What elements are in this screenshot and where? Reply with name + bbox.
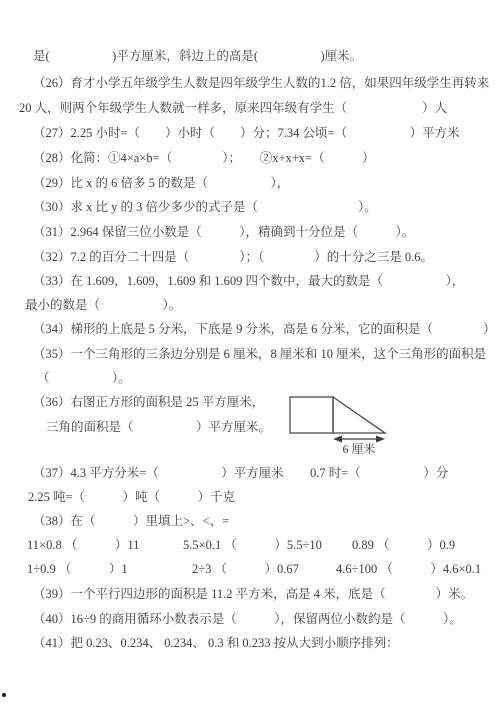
question-41: （41）把 0.23、0.234、 0.234、 0.3 和 0.233 按从大… bbox=[33, 636, 399, 651]
compare-row2-item1: 1÷0.9 （ ）1 bbox=[27, 562, 128, 577]
question-39: （39）一个平行四边形的面积是 11.2 平方米，高是 4 米，底是（ ）米。 bbox=[33, 587, 473, 602]
question-31: （31）2.964 保留三位小数是（ ），精确到十分位是（ ）。 bbox=[33, 225, 414, 240]
compare-row2-item2: 2÷3 （ ）0.67 bbox=[192, 562, 299, 577]
question-30: （30）求 x 比 y 的 3 倍少多少的式子是（ ）。 bbox=[33, 200, 377, 215]
triangle-shape bbox=[333, 397, 385, 433]
compare-row1-item3: 0.89 （ ）0.9 bbox=[352, 538, 455, 553]
prev-question-tail: 是( )平方厘米，斜边上的高是( )厘米。 bbox=[33, 49, 362, 64]
page-mark-dot bbox=[2, 693, 6, 697]
question-36-figure: 6 厘米 bbox=[287, 394, 397, 458]
question-38: （38）在（ ）里填上>、<、= bbox=[33, 514, 229, 529]
question-33-line1: （33）在 1.609，1.609，1.609 和 1.609 四个数中，最大的… bbox=[33, 274, 464, 289]
worksheet-page: 是( )平方厘米，斜边上的高是( )厘米。 （26）育才小学五年级学生人数是四年… bbox=[0, 0, 500, 707]
question-36-line2: 三角的面积是（ ）平方厘米。 bbox=[46, 420, 271, 435]
compare-row1-item2: 5.5×0.1 （ ）5.5÷10 bbox=[183, 538, 322, 553]
compare-row1-item1: 11×0.8 （ ）11 bbox=[27, 538, 139, 553]
question-27: （27）2.25 小时=（ ）小时（ ）分；7.34 公顷=（ ）平方米 bbox=[33, 126, 460, 141]
question-26-line2: 20 人，则两个年级学生人数就一样多，原来四年级有学生（ ）人 bbox=[19, 101, 447, 116]
question-37-left: （37）4.3 平方分米=（ ）平方厘米 bbox=[33, 466, 284, 481]
compare-row2-item3: 4.6÷100 （ ）4.6×0.1 bbox=[336, 562, 481, 577]
question-40: （40）16÷9 的商用循环小数表示是（ ），保留两位小数约是（ ）。 bbox=[33, 612, 462, 627]
width-label: 6 厘米 bbox=[342, 441, 375, 456]
arrowhead-left-icon bbox=[333, 436, 342, 443]
question-29: （29）比 x 的 6 倍多 5 的数是（ ）， bbox=[33, 176, 289, 191]
arrowhead-right-icon bbox=[376, 436, 385, 443]
question-36-line1: （36）右图正方形的面积是 25 平方厘米， bbox=[33, 395, 264, 410]
question-35-line1: （35）一个三角形的三条边分别是 6 厘米，8 厘米和 10 厘米，这个三角形的… bbox=[33, 347, 486, 362]
question-32: （32）7.2 的百分二十四是（ ）；（ ）的十分之三是 0.6。 bbox=[33, 250, 433, 265]
question-34: （34）梯形的上底是 5 分米，下底是 9 分米，高是 6 分米，它的面积是（ … bbox=[33, 322, 496, 337]
square-shape bbox=[290, 397, 333, 433]
question-35-line2: （ ）。 bbox=[37, 371, 131, 386]
question-37-line2: 2.25 吨=（ ）吨（ ）千克 bbox=[28, 490, 235, 505]
question-28: （28）化简：①4×a×b=（ ）； ②x+x+x=（ ） bbox=[33, 151, 375, 166]
question-33-line2: 最小的数是（ ）。 bbox=[25, 298, 181, 313]
question-37-right: 0.7 时=（ ）分 bbox=[310, 466, 448, 481]
question-26-line1: （26）育才小学五年级学生人数是四年级学生人数的1.2 倍，如果四年级学生再转来 bbox=[33, 76, 489, 91]
